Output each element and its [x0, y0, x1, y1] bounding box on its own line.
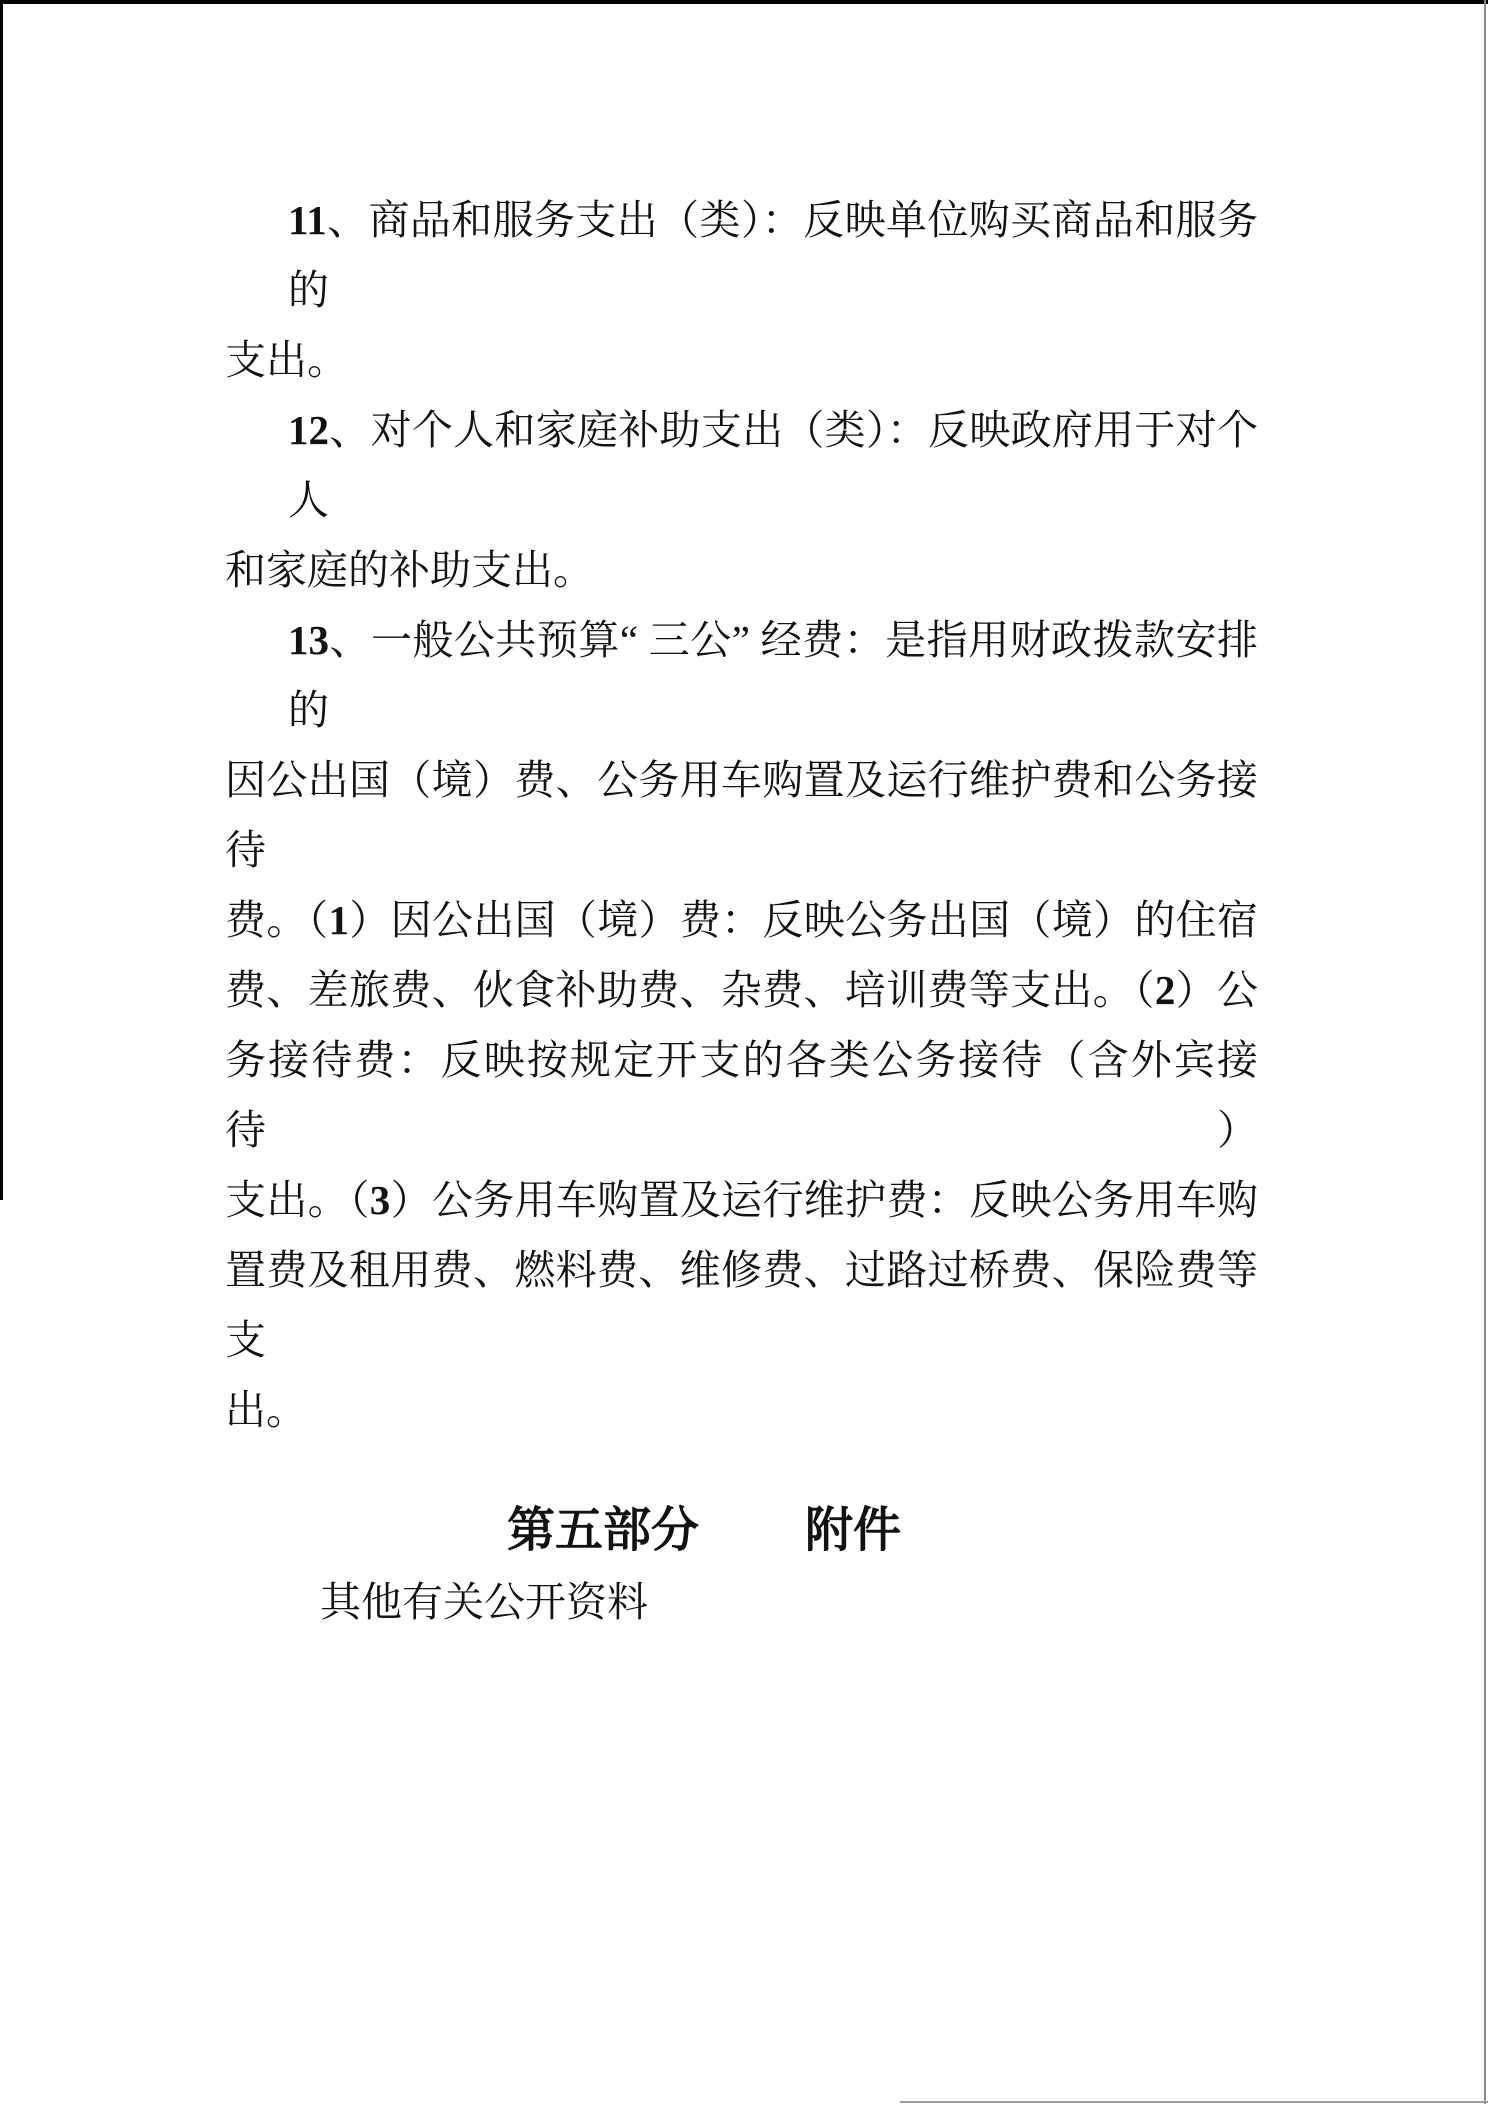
page-border-bottom [900, 2101, 1488, 2103]
body-paragraphs: 11、商品和服务支出（类）：反映单位购买商品和服务的支出。12、对个人和家庭补助… [225, 185, 1258, 1445]
section-heading: 第五部分 附件 [225, 1495, 1258, 1567]
text-line: 费。（1）因公出国（境）费：反映公务出国（境）的住宿 [225, 885, 1258, 955]
text-line: 11、商品和服务支出（类）：反映单位购买商品和服务的 [225, 185, 1258, 325]
page-border-top [0, 0, 1488, 4]
section-part-label: 第五部分 [507, 1504, 699, 1557]
text-line: 和家庭的补助支出。 [225, 535, 1258, 605]
text-line: 置费及租用费、燃料费、维修费、过路过桥费、保险费等支 [225, 1235, 1258, 1375]
closing-line: 其他有关公开资料 [225, 1567, 1258, 1637]
document-page: { "page": { "background": "#ffffff", "te… [0, 0, 1488, 2104]
text-block: 11、商品和服务支出（类）：反映单位购买商品和服务的支出。12、对个人和家庭补助… [225, 185, 1258, 1637]
text-line: 费、差旅费、伙食补助费、杂费、培训费等支出。（2）公 [225, 955, 1258, 1025]
text-line: 出。 [225, 1375, 1258, 1445]
text-line: 支出。（3）公务用车购置及运行维护费：反映公务用车购 [225, 1165, 1258, 1235]
page-border-left [0, 0, 3, 1200]
text-line: 13、一般公共预算“ 三公” 经费：是指用财政拨款安排的 [225, 605, 1258, 745]
text-line: 因公出国（境）费、公务用车购置及运行维护费和公务接待 [225, 745, 1258, 885]
page-border-right [1484, 0, 1486, 2104]
section-part-title: 附件 [805, 1504, 901, 1557]
text-line: 务接待费：反映按规定开支的各类公务接待（含外宾接待） [225, 1025, 1258, 1165]
text-line: 支出。 [225, 325, 1258, 395]
text-line: 12、对个人和家庭补助支出（类）：反映政府用于对个人 [225, 395, 1258, 535]
